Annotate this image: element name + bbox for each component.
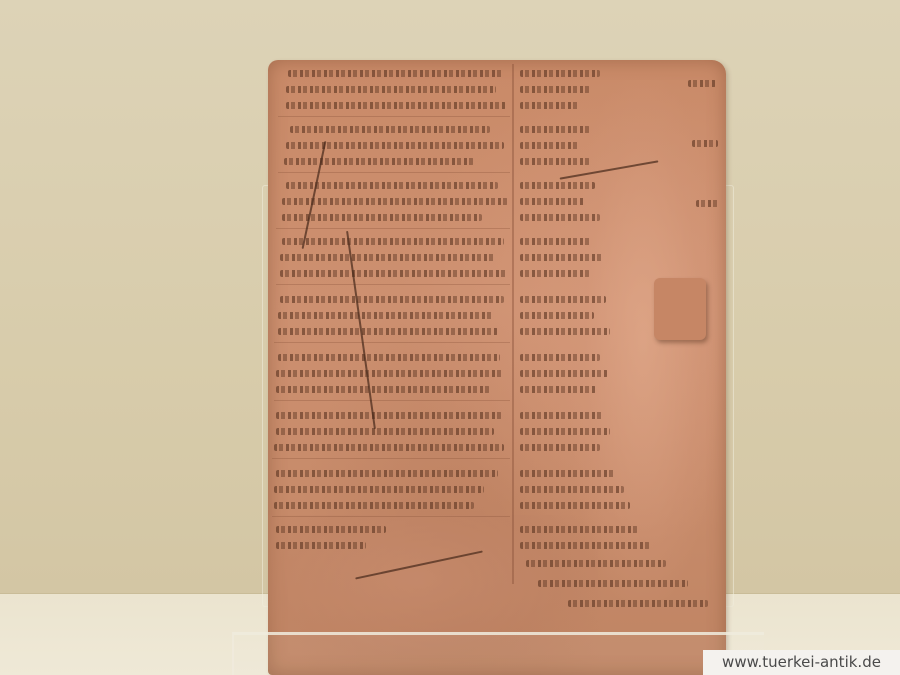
inscribed-fragment [654,278,706,340]
column-divider [512,64,514,584]
cuneiform-tablet [268,60,726,675]
acrylic-stand-front [232,632,764,675]
watermark: www.tuerkei-antik.de [703,650,900,675]
